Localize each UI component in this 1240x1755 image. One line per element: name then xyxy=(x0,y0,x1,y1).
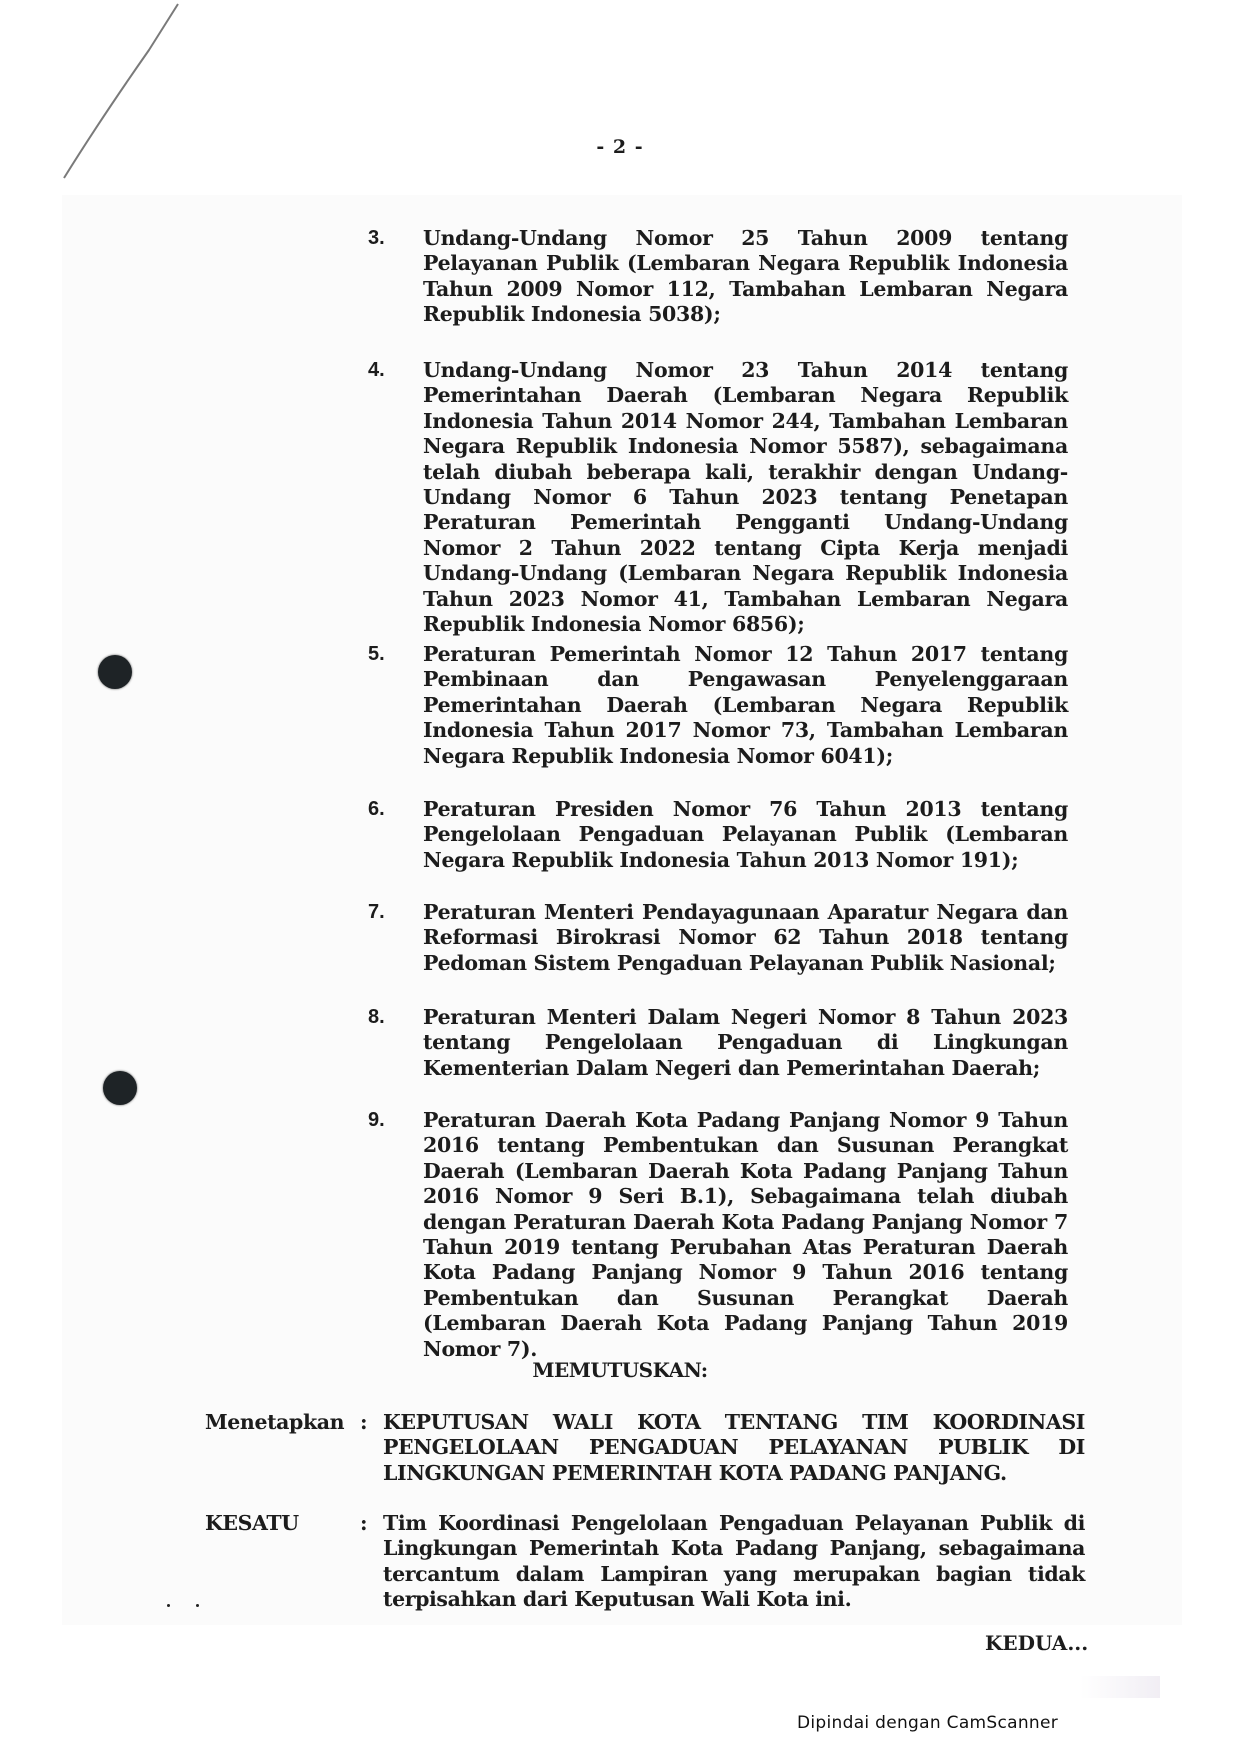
kesatu-section: KESATU : Tim Koordinasi Pengelolaan Peng… xyxy=(205,1511,1085,1613)
item-text: Peraturan Daerah Kota Padang Panjang Nom… xyxy=(423,1108,1068,1362)
menetapkan-label: Menetapkan xyxy=(205,1410,355,1435)
speck xyxy=(196,1604,199,1607)
item-text: Peraturan Menteri Pendayagunaan Aparatur… xyxy=(423,900,1068,976)
item-number: 6. xyxy=(368,797,408,822)
item-number: 3. xyxy=(368,226,408,251)
consideration-item: 4. Undang-Undang Nomor 23 Tahun 2014 ten… xyxy=(368,358,1068,637)
scan-smudge xyxy=(1080,1676,1160,1698)
item-number: 9. xyxy=(368,1108,408,1133)
consideration-item: 3. Undang-Undang Nomor 25 Tahun 2009 ten… xyxy=(368,226,1068,328)
menetapkan-section: Menetapkan : KEPUTUSAN WALI KOTA TENTANG… xyxy=(205,1410,1085,1486)
item-number: 5. xyxy=(368,642,408,667)
item-text: Undang-Undang Nomor 23 Tahun 2014 tentan… xyxy=(423,358,1068,637)
item-number: 8. xyxy=(368,1005,408,1030)
consideration-item: 8. Peraturan Menteri Dalam Negeri Nomor … xyxy=(368,1005,1068,1081)
consideration-item: 7. Peraturan Menteri Pendayagunaan Apara… xyxy=(368,900,1068,976)
item-text: Peraturan Pemerintah Nomor 12 Tahun 2017… xyxy=(423,642,1068,769)
item-text: Peraturan Menteri Dalam Negeri Nomor 8 T… xyxy=(423,1005,1068,1081)
pen-stroke-mark xyxy=(0,0,250,250)
menetapkan-text: KEPUTUSAN WALI KOTA TENTANG TIM KOORDINA… xyxy=(383,1410,1085,1486)
decision-heading: MEMUTUSKAN: xyxy=(520,1358,720,1382)
continuation-marker: KEDUA... xyxy=(985,1631,1088,1655)
item-number: 7. xyxy=(368,900,408,925)
page-number: - 2 - xyxy=(590,136,650,158)
consideration-item: 6. Peraturan Presiden Nomor 76 Tahun 201… xyxy=(368,797,1068,873)
consideration-item: 9. Peraturan Daerah Kota Padang Panjang … xyxy=(368,1108,1068,1362)
colon: : xyxy=(360,1410,368,1435)
item-text: Peraturan Presiden Nomor 76 Tahun 2013 t… xyxy=(423,797,1068,873)
punch-hole-top xyxy=(98,655,132,689)
item-text: Undang-Undang Nomor 25 Tahun 2009 tentan… xyxy=(423,226,1068,328)
colon: : xyxy=(360,1511,368,1536)
punch-hole-bottom xyxy=(103,1071,137,1105)
kesatu-text: Tim Koordinasi Pengelolaan Pengaduan Pel… xyxy=(383,1511,1085,1613)
speck xyxy=(167,1604,170,1607)
kesatu-label: KESATU xyxy=(205,1511,355,1536)
consideration-item: 5. Peraturan Pemerintah Nomor 12 Tahun 2… xyxy=(368,642,1068,769)
camscanner-watermark: Dipindai dengan CamScanner xyxy=(797,1713,1058,1733)
item-number: 4. xyxy=(368,358,408,383)
